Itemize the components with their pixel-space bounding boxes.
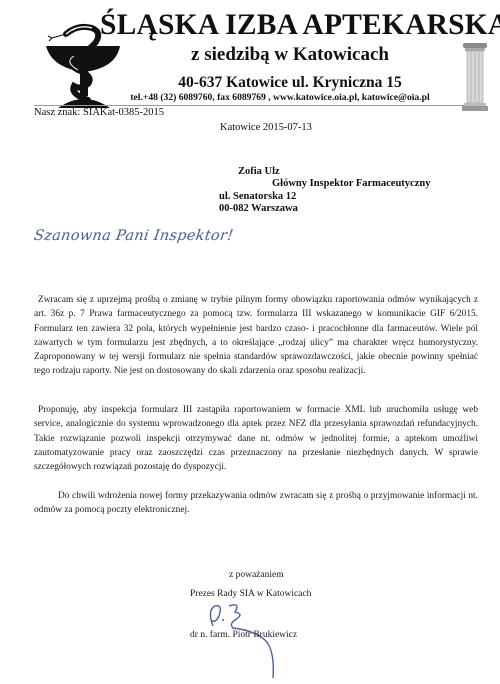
signatory-role: Prezes Rady SIA w Katowicach — [190, 588, 311, 600]
recipient-city: 00-082 Warszawa — [219, 203, 298, 215]
org-seat: z siedzibą w Katowicach — [120, 44, 460, 66]
org-address: 40-637 Katowice ul. Kryniczna 15 — [120, 74, 460, 92]
body-paragraph: Do chwili wdrożenia nowej formy przekazy… — [34, 489, 478, 518]
recipient-title: Główny Inspektor Farmaceutyczny — [272, 178, 430, 190]
recipient-name: Zofia Ulz — [238, 166, 280, 178]
ionic-column-icon — [462, 43, 488, 111]
recipient-street: ul. Senatorska 12 — [219, 191, 296, 203]
body-paragraph: Proponuję, aby inspekcja formularz III z… — [34, 403, 478, 474]
org-name: ŚLĄSKA IZBA APTEKARSKA — [100, 8, 500, 42]
closing-regards: z poważaniem — [229, 569, 284, 581]
place-date: Katowice 2015-07-13 — [220, 121, 312, 134]
salutation: Szanowna Pani Inspektor! — [33, 228, 235, 244]
org-contact: tel.+48 (32) 6089760, fax 6089769 , www.… — [96, 92, 464, 104]
signatory-name: dr n. farm. Piotr Brukiewicz — [190, 629, 297, 641]
body-paragraph: Zwracam się z uprzejmą prośbą o zmianę w… — [34, 293, 478, 379]
reference-number: Nasz znak: SIAKat-0385-2015 — [34, 106, 164, 119]
